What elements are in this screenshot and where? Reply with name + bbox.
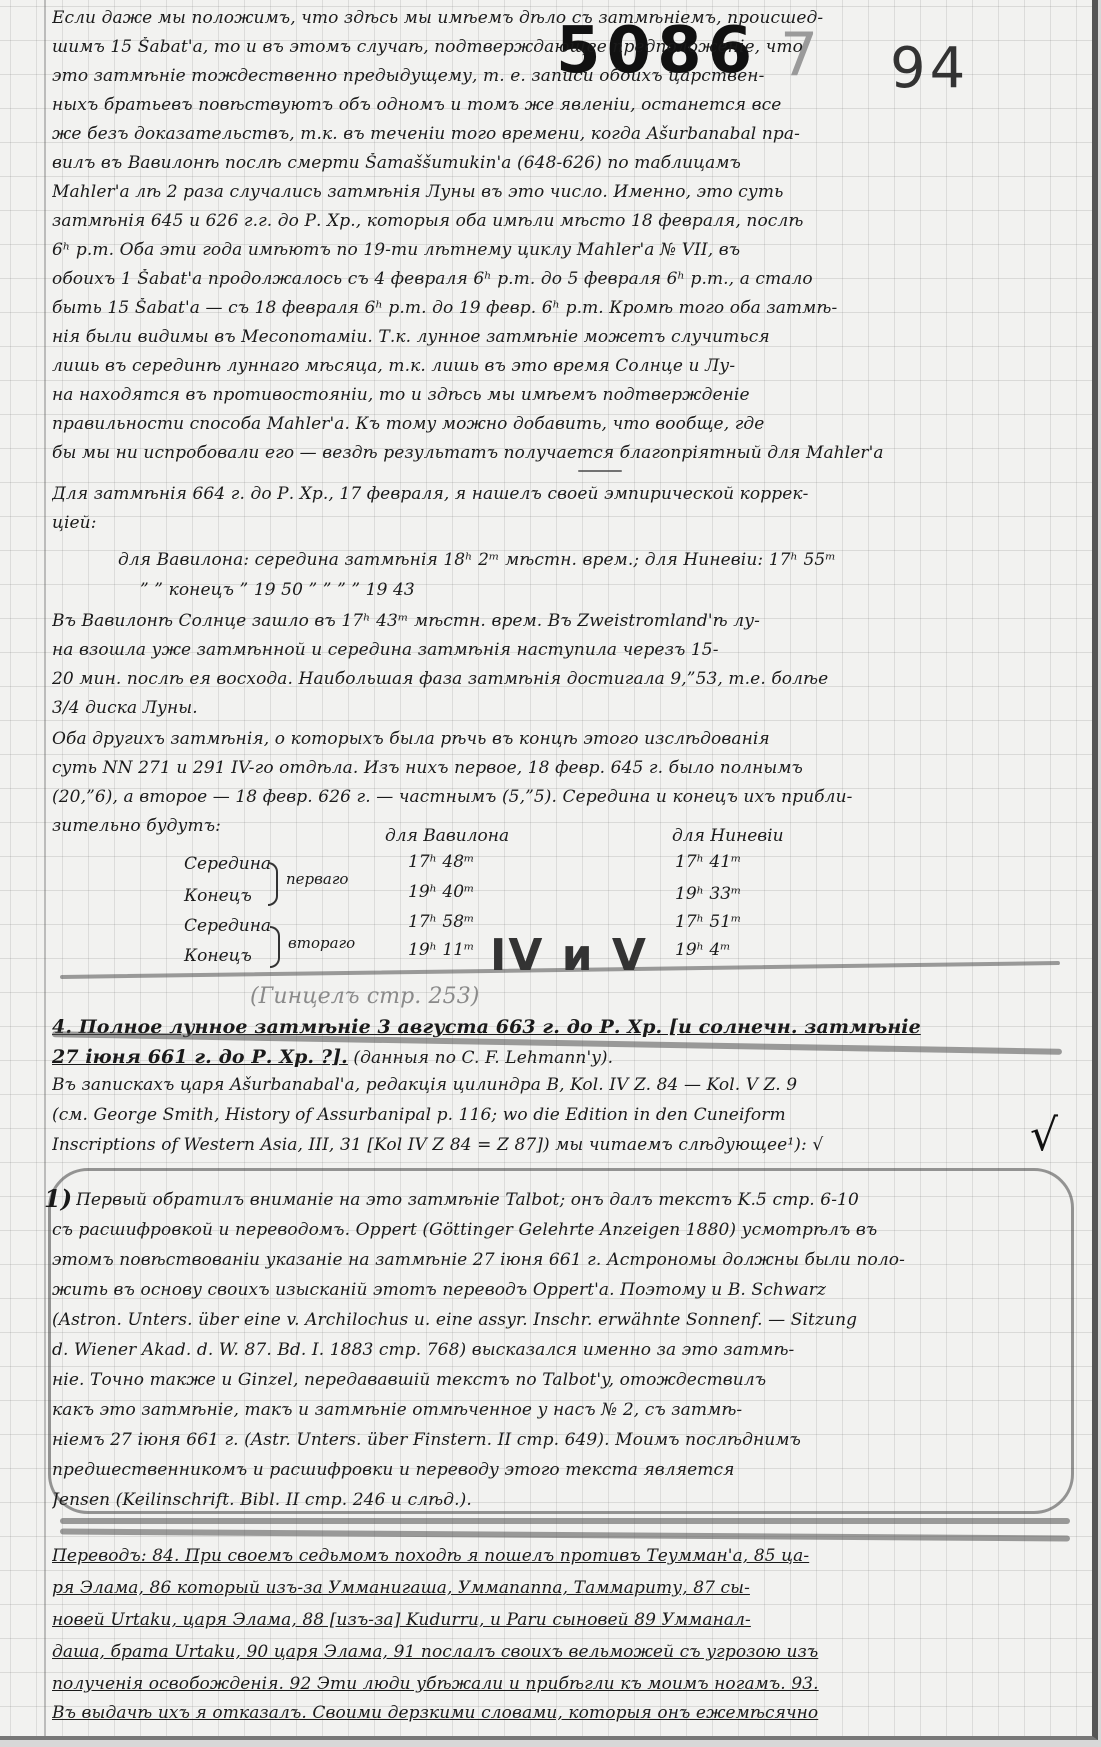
- text-line: лишь въ серединѣ луннаго мѣсяца, т.к. ли…: [52, 356, 1064, 376]
- group-label: втораго: [288, 934, 355, 952]
- text-line: полученія освобожденія. 92 Эти люди убѣж…: [52, 1674, 1064, 1694]
- text-line: съ расшифровкой и переводомъ. Oppert (Gö…: [52, 1220, 1064, 1240]
- text-line: Въ выдачѣ ихъ я отказалъ. Своими дерзким…: [52, 1703, 1064, 1723]
- time-babylon: 19ʰ 11ᵐ: [408, 940, 474, 960]
- manuscript-page: 5086 7 94 Если даже мы положимъ, что здѣ…: [0, 0, 1098, 1740]
- separator-dash: [578, 470, 622, 472]
- text-line: Въ Вавилонѣ Солнце зашло въ 17ʰ 43ᵐ мѣст…: [52, 611, 1064, 631]
- text-line: Mahler'a лѣ 2 раза случались затмѣнія Лу…: [52, 182, 1064, 202]
- heading-cont: 27 іюня 661 г. до Р. Хр. ?].: [52, 1046, 348, 1068]
- text-line: ныхъ братьевъ повѣствуютъ объ одномъ и т…: [52, 95, 1064, 115]
- row-phase: Конецъ: [184, 886, 252, 906]
- heading-source: (данныя по C. F. Lehmann'y).: [353, 1048, 613, 1068]
- text-line: Первый обратилъ вниманіе на это затмѣніе…: [76, 1190, 1064, 1210]
- time-nineveh: 19ʰ 4ᵐ: [675, 940, 731, 960]
- pencil-note: (Гинцелъ стр. 253): [250, 984, 1064, 1009]
- time-nineveh: 17ʰ 51ᵐ: [675, 912, 741, 932]
- time-babylon: 17ʰ 48ᵐ: [408, 852, 474, 872]
- text-line: 3/4 диска Луны.: [52, 698, 1064, 718]
- text-line: на находятся въ противостояніи, то и здѣ…: [52, 385, 1064, 405]
- text-line: ціей:: [52, 513, 1064, 533]
- text-line: затмѣнія 645 и 626 г.г. до Р. Хр., котор…: [52, 211, 1064, 231]
- row-phase: Конецъ: [184, 946, 252, 966]
- text-line: (см. George Smith, History of Assurbanip…: [52, 1105, 1064, 1125]
- text-line: это затмѣніе тождественно предыдущему, т…: [52, 66, 1064, 86]
- section-mark: IV и V: [490, 930, 648, 981]
- time-nineveh: 17ʰ 41ᵐ: [675, 852, 741, 872]
- column-header-nineveh: для Ниневіи: [672, 826, 784, 846]
- column-header-babylon: для Вавилона: [385, 826, 509, 846]
- text-line: зительно будутъ:: [52, 816, 1064, 836]
- text-line: Если даже мы положимъ, что здѣсь мы имѣе…: [52, 8, 1064, 28]
- text-line: Переводъ: 84. При своемъ седьмомъ походѣ…: [52, 1546, 1064, 1566]
- margin-line: [44, 0, 46, 1736]
- text-line: ніе. Точно также и Ginzel, передававшій …: [52, 1370, 1064, 1390]
- divider-scribble: [60, 1528, 1070, 1541]
- divider-scribble: [60, 1518, 1070, 1524]
- text-line: быть 15 Šabat'a — съ 18 февраля 6ʰ p.m. …: [52, 298, 1064, 318]
- text-line: предшественникомъ и расшифровки и перево…: [52, 1460, 1064, 1480]
- group-label: перваго: [286, 870, 348, 888]
- checkmark-icon: √: [1030, 1110, 1058, 1161]
- text-line: Inscriptions of Western Asia, III, 31 [K…: [52, 1135, 1064, 1155]
- text-line: даша, брата Urtaku, 90 царя Элама, 91 по…: [52, 1642, 1064, 1662]
- text-line: правильности способа Mahler'a. Къ тому м…: [52, 414, 1064, 434]
- text-line: обоихъ 1 Šabat'a продолжалось съ 4 февра…: [52, 269, 1064, 289]
- text-line: Jensen (Keilinschrift. Bibl. II стр. 246…: [52, 1490, 1064, 1510]
- text-line: Оба другихъ затмѣнія, о которыхъ была рѣ…: [52, 729, 1064, 749]
- time-babylon: 19ʰ 40ᵐ: [408, 882, 474, 902]
- text-line: Въ запискахъ царя Ašurbanabal'a, редакці…: [52, 1075, 1064, 1095]
- text-line: же безъ доказательствъ, т.к. въ теченіи …: [52, 124, 1064, 144]
- text-line: бы мы ни испробовали его — вездѣ результ…: [52, 443, 1064, 463]
- text-line: суть NN 271 и 291 IV-го отдѣла. Изъ нихъ…: [52, 758, 1064, 778]
- time-nineveh: 19ʰ 33ᵐ: [675, 884, 741, 904]
- text-line: 20 мин. послѣ ея восхода. Наибольшая фаз…: [52, 669, 1064, 689]
- group-bracket: [268, 862, 278, 906]
- group-bracket: [270, 926, 280, 968]
- text-line: (20,”6), а второе — 18 февр. 626 г. — ча…: [52, 787, 1064, 807]
- text-line: Для затмѣнія 664 г. до Р. Хр., 17 феврал…: [52, 484, 1064, 504]
- text-line: для Вавилона: середина затмѣнія 18ʰ 2ᵐ м…: [118, 550, 1064, 570]
- row-phase: Середина: [184, 916, 271, 936]
- text-line: ” ” конецъ ” 19 50 ” ” ” ” 19 43: [140, 580, 1064, 600]
- text-line: (Astron. Unters. über eine v. Archilochu…: [52, 1310, 1064, 1330]
- text-line: нія были видимы въ Месопотаміи. Т.к. лун…: [52, 327, 1064, 347]
- row-phase: Середина: [184, 854, 271, 874]
- text-line: новей Urtaku, царя Элама, 88 [изъ-за] Ku…: [52, 1610, 1064, 1630]
- text-line: на взошла уже затмѣнной и середина затмѣ…: [52, 640, 1064, 660]
- text-line: ря Элама, 86 который изъ-за Умманигаша, …: [52, 1578, 1064, 1598]
- text-line: этомъ повѣствованіи указаніе на затмѣніе…: [52, 1250, 1064, 1270]
- text-line: вилъ въ Вавилонѣ послѣ смерти Šamaššumuk…: [52, 153, 1064, 173]
- text-line: d. Wiener Akad. d. W. 87. Bd. I. 1883 ст…: [52, 1340, 1064, 1360]
- text-line: какъ это затмѣніе, такъ и затмѣніе отмѣч…: [52, 1400, 1064, 1420]
- text-line: 6ʰ p.m. Оба эти года имѣютъ по 19-ти лѣт…: [52, 240, 1064, 260]
- text-line: жить въ основу своихъ изысканій этотъ пе…: [52, 1280, 1064, 1300]
- text-line: шимъ 15 Šabat'a, то и въ этомъ случаѣ, п…: [52, 37, 1064, 57]
- time-babylon: 17ʰ 58ᵐ: [408, 912, 474, 932]
- text-line: ніемъ 27 іюня 661 г. (Astr. Unters. über…: [52, 1430, 1064, 1450]
